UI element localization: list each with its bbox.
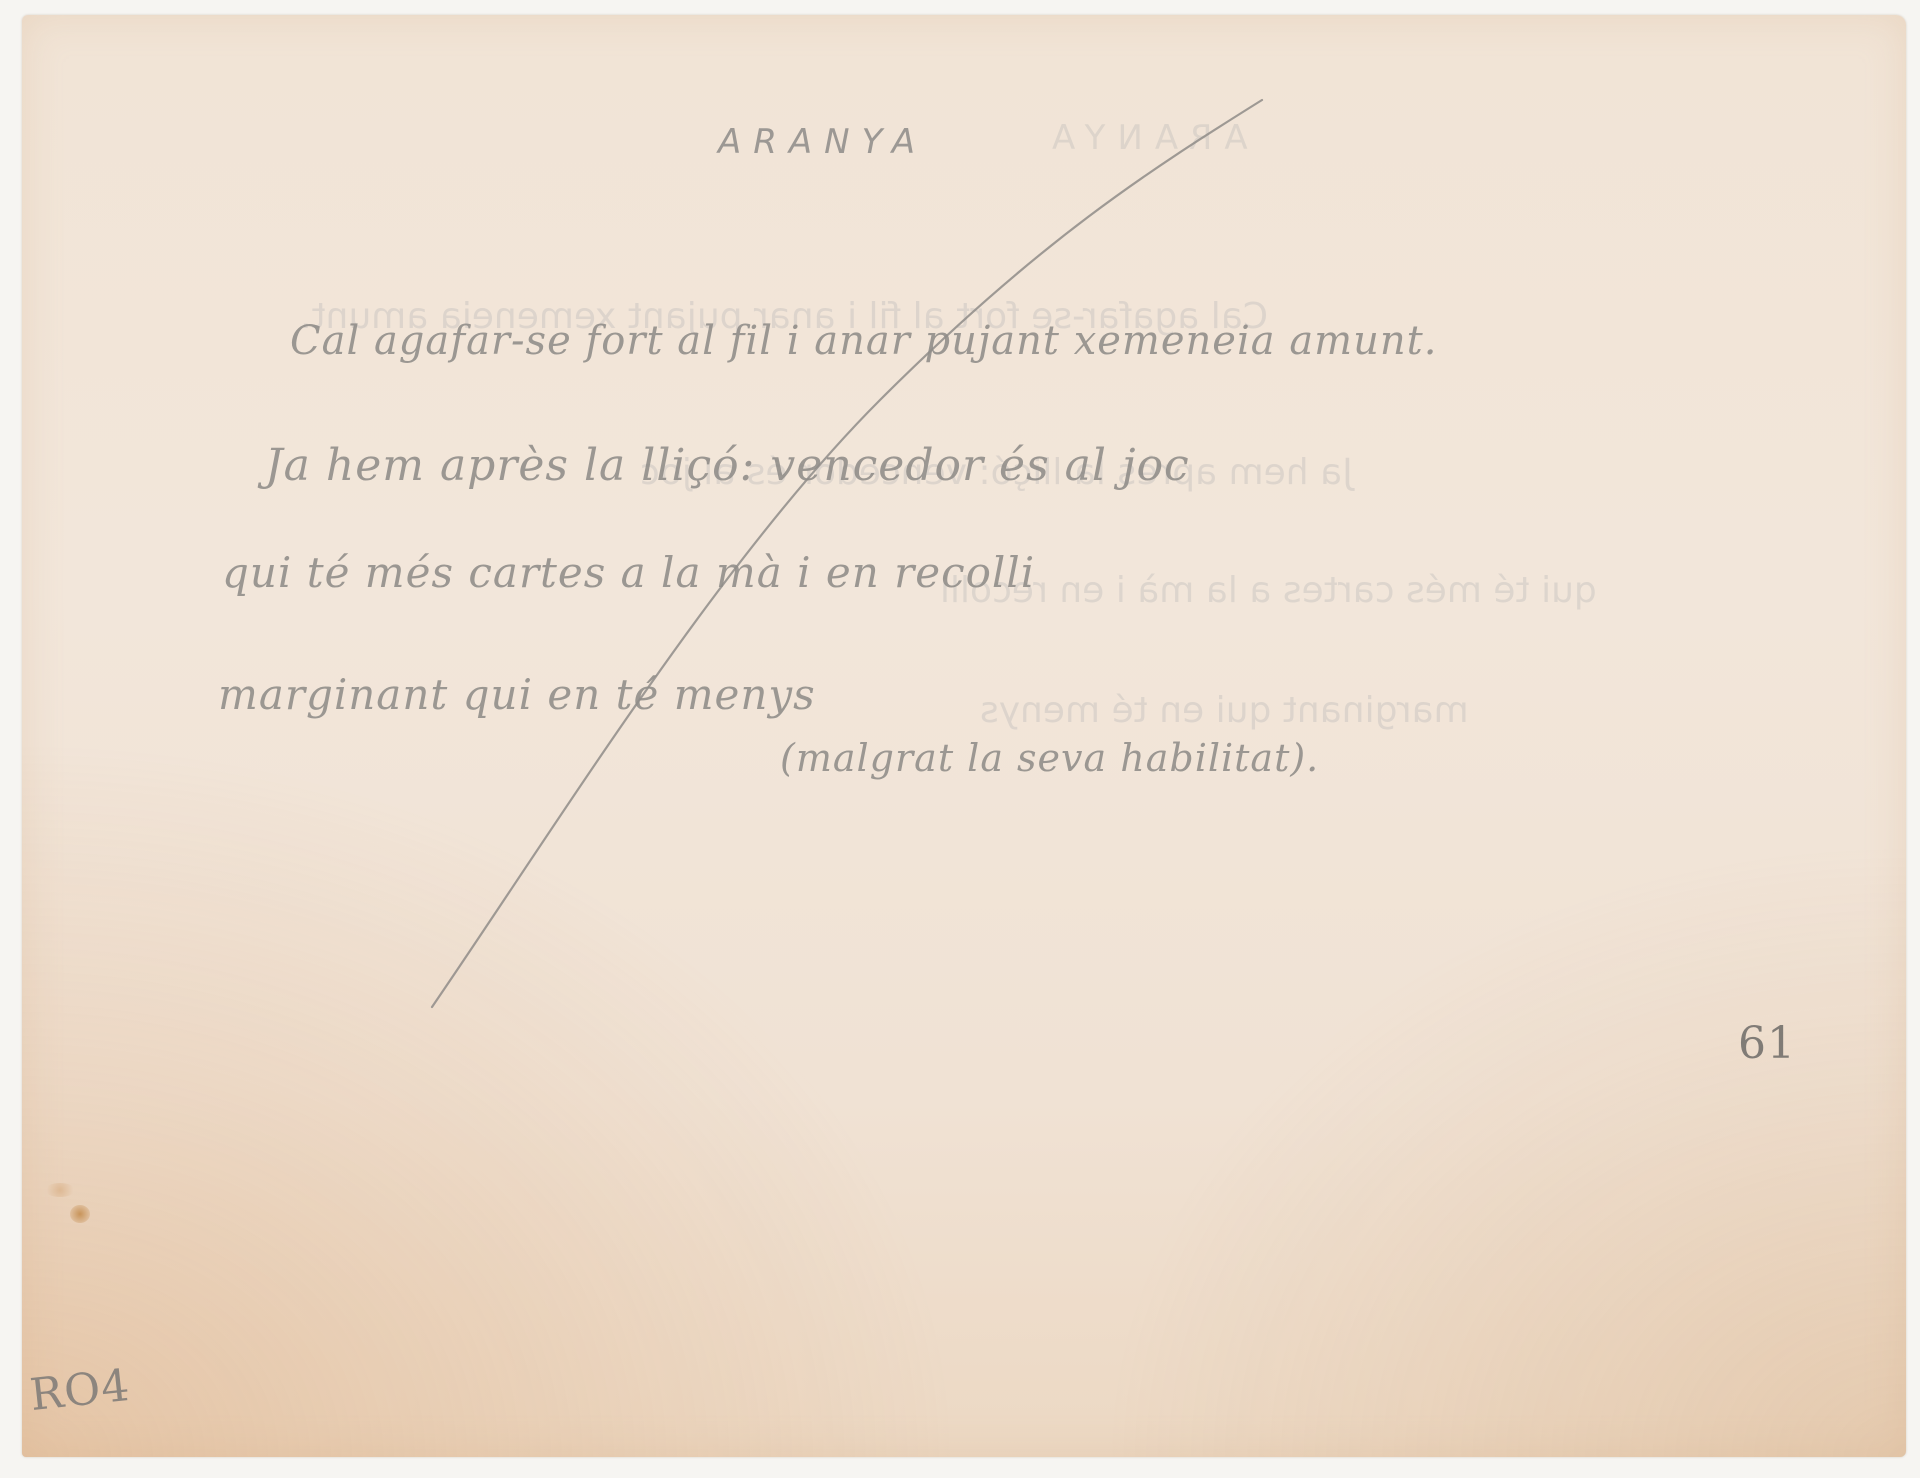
paper-stain <box>45 1183 75 1197</box>
corner-annotation: RO4 <box>28 1360 133 1421</box>
poem-line-3: qui té més cartes a la mà i en recolli <box>222 548 1035 597</box>
page-number: 61 <box>1738 1018 1796 1069</box>
poem-line-5: (malgrat la seva habilitat). <box>780 736 1319 780</box>
show-through-line: qui té més cartes a la mà i en recolli <box>940 570 1597 611</box>
show-through-title: ARANYA <box>1040 118 1248 158</box>
poem-line-4: marginant qui en té menys <box>218 670 816 719</box>
paper-stain <box>70 1205 90 1223</box>
poem-title: ARANYA <box>718 122 927 162</box>
show-through-line: marginant qui en té menys <box>980 690 1469 731</box>
poem-line-2: Ja hem après la lliçó: vencedor és al jo… <box>265 440 1190 491</box>
poem-line-1: Cal agafar-se fort al fil i anar pujant … <box>290 318 1437 364</box>
